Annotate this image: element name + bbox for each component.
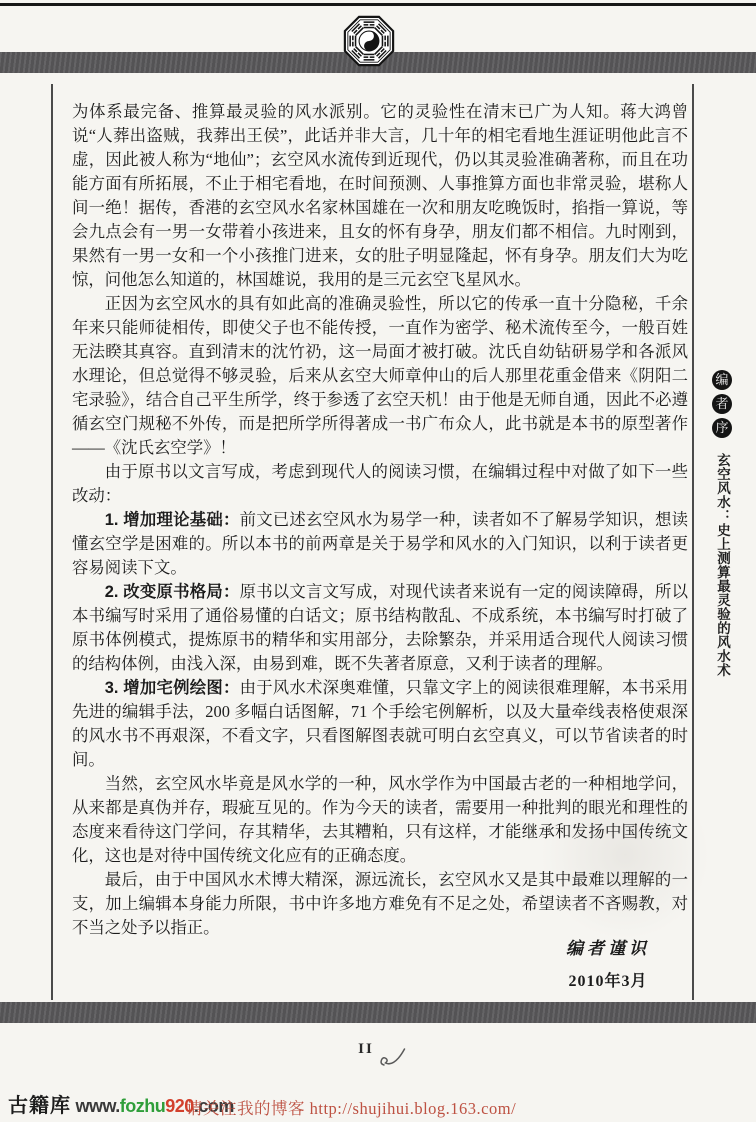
- site-name: 古籍库: [8, 1095, 71, 1117]
- sidebar-book-title: 玄空风水：史上测算最灵验的风水术: [712, 453, 732, 677]
- chapter-sidebar: 编 者 序 玄空风水：史上测算最灵验的风水术: [702, 368, 742, 677]
- paragraph: 最后，由于中国风水术博大精深，源远流长，玄空风水又是其中最难以理解的一支，加上编…: [72, 868, 688, 940]
- paragraph: 由于原书以文言写成，考虑到现代人的阅读习惯，在编辑过程中对做了如下一些改动：: [72, 460, 688, 508]
- bagua-yinyang-icon: [342, 14, 396, 68]
- page-flourish-icon: [378, 1044, 410, 1075]
- preface-body-text: 为体系最完备、推算最灵验的风水派别。它的灵验性在清末已广为人知。蒋大鸿曾说“人葬…: [72, 100, 688, 940]
- scanned-book-page: 为体系最完备、推算最灵验的风水派别。它的灵验性在清末已广为人知。蒋大鸿曾说“人葬…: [0, 0, 756, 1122]
- paragraph: 当然，玄空风水毕竟是风水学的一种，风水学作为中国最古老的一种相地学问，从来都是真…: [72, 772, 688, 868]
- top-border-rule: [0, 3, 756, 6]
- site-url-name: fozhu: [120, 1096, 165, 1116]
- paragraph: 为体系最完备、推算最灵验的风水派别。它的灵验性在清末已广为人知。蒋大鸿曾说“人葬…: [72, 100, 688, 292]
- signature-name: 编者谨识: [528, 934, 688, 959]
- sidebar-badge-char: 编: [712, 370, 732, 390]
- blog-note-text: 请关注我的博客 http://shujihui.blog.163.com/: [186, 1095, 516, 1119]
- editor-signature: 编者谨识 2010年3月: [528, 934, 688, 991]
- sidebar-badge-char: 者: [712, 394, 732, 414]
- signature-date: 2010年3月: [528, 968, 688, 991]
- paragraph: 正因为玄空风水的具有如此高的准确灵验性，所以它的传承一直十分隐秘，千余年来只能师…: [72, 292, 688, 460]
- text-frame-left-rule: [51, 84, 53, 1000]
- bottom-gray-bar: [0, 1002, 756, 1023]
- numbered-item-2: 2. 改变原书格局：原书以文言文写成，对现代读者来说有一定的阅读障碍，所以本书编…: [72, 580, 688, 676]
- numbered-item-1: 1. 增加理论基础：前文已述玄空风水为易学一种，读者如不了解易学知识，想读懂玄空…: [72, 508, 688, 580]
- site-url-www: www.: [75, 1096, 119, 1116]
- sidebar-badge-char: 序: [712, 418, 732, 438]
- numbered-item-3: 3. 增加宅例绘图：由于风水术深奥难懂，只靠文字上的阅读很难理解，本书采用先进的…: [72, 676, 688, 772]
